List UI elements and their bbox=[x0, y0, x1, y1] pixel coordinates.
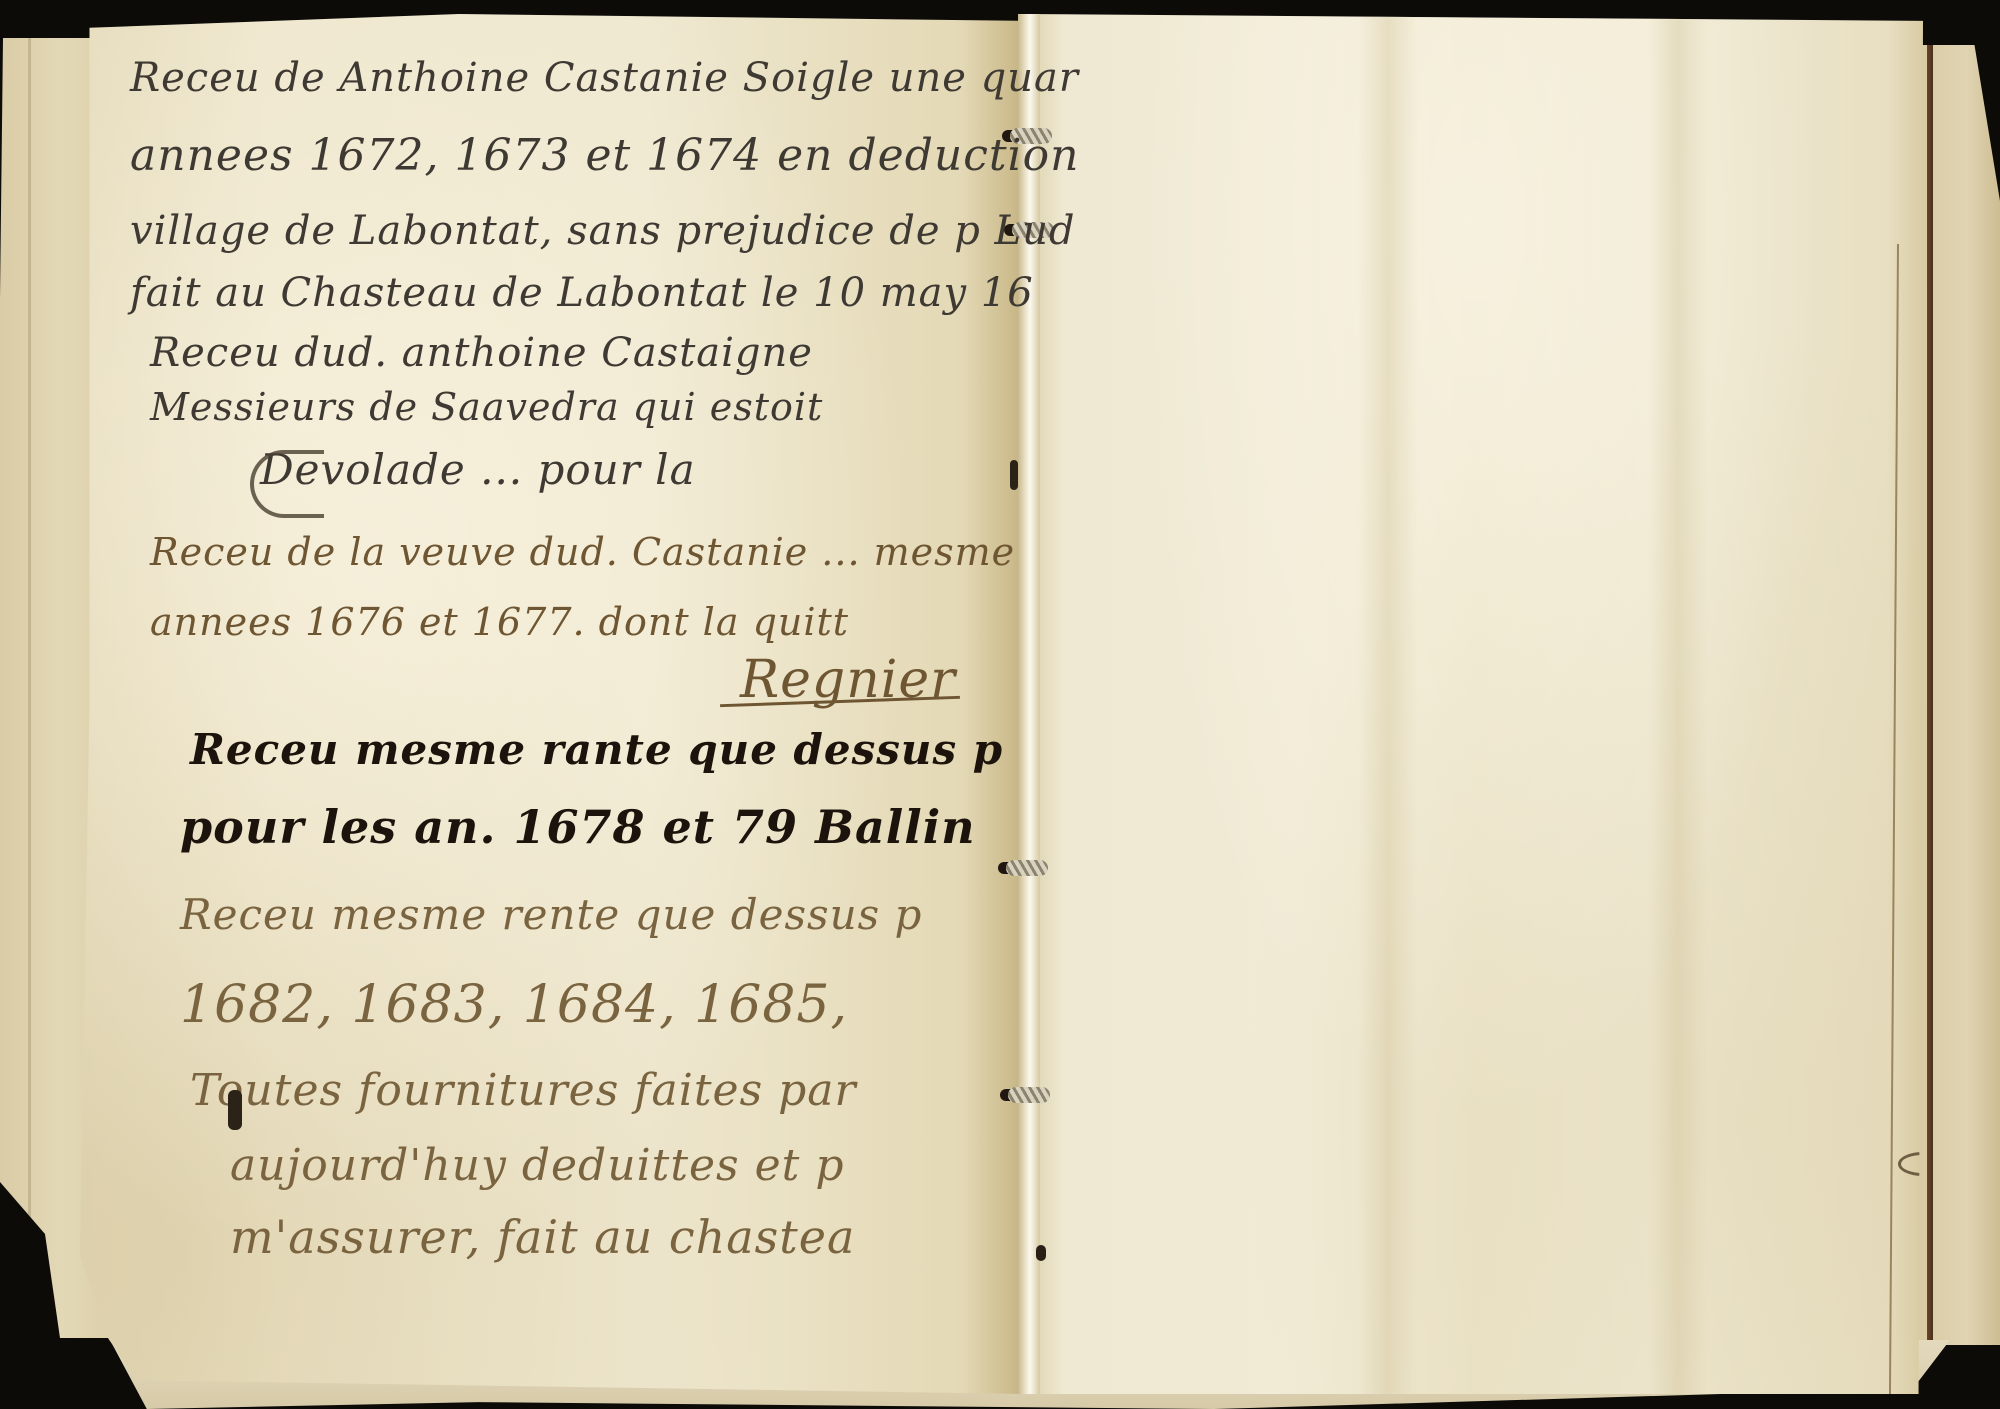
ink-blot bbox=[228, 1090, 242, 1130]
handwritten-line: Messieurs de Saavedra qui estoit bbox=[150, 385, 823, 429]
handwritten-line: village de Labontat, sans prejudice de p… bbox=[130, 208, 1075, 254]
handwritten-line: Receu de la veuve dud. Castanie ... mesm… bbox=[150, 530, 1015, 574]
handwritten-line: fait au Chasteau de Labontat le 10 may 1… bbox=[130, 270, 1034, 316]
handwritten-line: Receu de Anthoine Castanie Soigle une qu… bbox=[130, 55, 1079, 101]
handwritten-line: annees 1676 et 1677. dont la quitt bbox=[150, 600, 849, 644]
binding-stitch bbox=[1006, 860, 1048, 876]
binding-stitch bbox=[1036, 1245, 1046, 1261]
handwritten-line: m'assurer, fait au chastea bbox=[230, 1210, 855, 1264]
ink-blot bbox=[1010, 460, 1018, 490]
handwritten-line: aujourd'huy deduittes et p bbox=[230, 1140, 844, 1191]
manuscript-scan: Receu de Anthoine Castanie Soigle une qu… bbox=[0, 0, 2000, 1409]
paraph-flourish bbox=[250, 450, 324, 518]
handwritten-line: Devolade ... pour la bbox=[260, 445, 696, 494]
handwritten-line: pour les an. 1678 et 79 Ballin bbox=[180, 800, 976, 854]
leaf-fold-line bbox=[28, 38, 31, 1338]
right-page bbox=[1028, 14, 1923, 1394]
handwritten-line: Toutes fournitures faites par bbox=[190, 1065, 857, 1116]
handwritten-line: Receu dud. anthoine Castaigne bbox=[150, 330, 813, 376]
cover-edge bbox=[1927, 45, 1933, 1345]
paper-crease bbox=[1358, 14, 1418, 1394]
handwritten-line: 1682, 1683, 1684, 1685, bbox=[180, 975, 848, 1035]
handwritten-line: Receu mesme rante que dessus p bbox=[190, 725, 1003, 774]
binding-stitch bbox=[1008, 1087, 1050, 1103]
fore-edge-line bbox=[1889, 244, 1899, 1394]
handwritten-line: Receu mesme rente que dessus p bbox=[180, 890, 922, 939]
underlying-cover-right bbox=[1915, 45, 2000, 1345]
handwritten-line: annees 1672, 1673 et 1674 en deduction bbox=[130, 130, 1079, 181]
paper-crease bbox=[1648, 14, 1708, 1394]
